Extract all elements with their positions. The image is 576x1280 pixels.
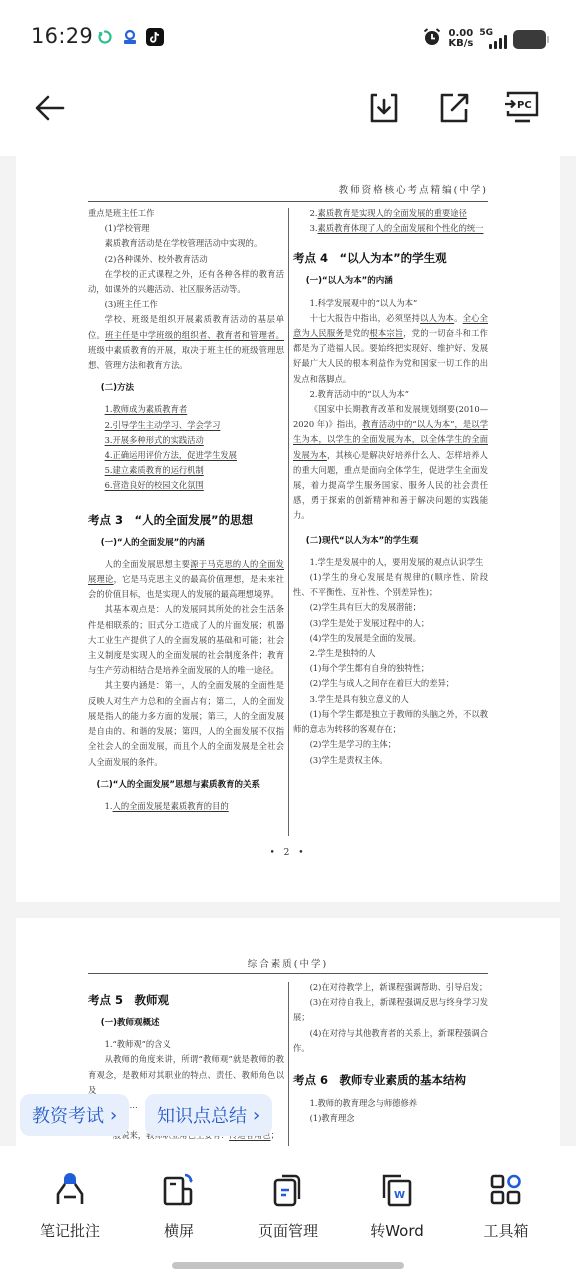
paragraph: (1)学校管理	[88, 221, 284, 236]
column-divider	[288, 982, 289, 1146]
paragraph: 在学校的正式课程之外，还有各种各样的教育活动，如课外的兴趣活动、社区服务活动等。	[88, 267, 284, 297]
paragraph: 《国家中长期教育改革和发展规划纲要(2010—2020 年)》指出，教育活动中的…	[293, 402, 488, 524]
download-button[interactable]	[366, 90, 402, 126]
paragraph: (2)学生与成人之间存在着巨大的差异；	[293, 676, 488, 691]
paragraph: 1.学生是发展中的人，要用发展的观点认识学生	[293, 555, 488, 570]
page-number: • 2 •	[16, 848, 560, 858]
svg-text:PC: PC	[517, 100, 532, 111]
running-head: 综合素质(中学)	[88, 956, 488, 970]
network-type: 5G	[479, 28, 493, 38]
paragraph: (2)各种课外、校外教育活动	[88, 252, 284, 267]
status-time: 16:29	[31, 24, 93, 48]
send-to-pc-icon: PC	[504, 91, 540, 125]
chip-teacher-exam[interactable]: 教资考试 ›	[20, 1094, 129, 1136]
paragraph: 其基本观点是：人的发展同其所处的社会生活条件是相联系的；旧式分工造成了人的片面发…	[88, 602, 284, 678]
chevron-right-icon: ›	[253, 1105, 260, 1126]
topic-heading: 考点 3 “人的全面发展”的思想	[88, 512, 284, 528]
paragraph: 重点是班主任工作	[88, 206, 284, 221]
page-manage-icon	[271, 1173, 305, 1207]
convert-word-icon: W	[380, 1173, 414, 1207]
toolbox-icon	[489, 1173, 523, 1207]
list-item: 6.营造良好的校园文化氛围	[88, 478, 284, 493]
share-export-icon	[438, 92, 470, 124]
paragraph: (1)每个学生都是独立于教师的头脑之外，不以教师的意志为转移的客观存在；	[293, 707, 488, 737]
paragraph: 1.科学发展观中的“以人为本”	[293, 296, 488, 311]
section-heading: (二)现代“以人为本”的学生观	[306, 534, 488, 549]
paragraph: (3)在对待自我上，新课程强调反思与终身学习发展；	[293, 995, 488, 1025]
paragraph: 十七大报告中指出，必须坚持以人为本。全心全意为人民服务是党的根本宗旨，党的一切奋…	[293, 311, 488, 387]
section-heading: (一)“以人为本”的内涵	[306, 274, 488, 289]
list-item: 2.素质教育是实现人的全面发展的重要途径	[293, 206, 488, 221]
list-item: 5.建立素质教育的运行机制	[88, 463, 284, 478]
bottom-toolbar: 笔记批注 横屏 页面管理 W 转Word 工具箱	[0, 1146, 576, 1280]
paragraph: (3)班主任工作	[88, 297, 284, 312]
list-item: 3.素质教育体现了人的全面发展和个性化的统一	[293, 221, 488, 236]
status-bar: 16:29 0.00 KB/s 5G	[0, 0, 576, 76]
paragraph: (2)学生具有巨大的发展潜能；	[293, 600, 488, 615]
topic-heading: 考点 5 教师观	[88, 992, 284, 1008]
paragraph: 2.学生是独特的人	[293, 646, 488, 661]
network-speed: 0.00 KB/s	[448, 29, 473, 49]
notification-icons	[96, 28, 164, 46]
rotate-landscape-icon	[162, 1173, 196, 1207]
paragraph: (3)学生是处于发展过程中的人；	[293, 616, 488, 631]
right-column: (2)在对待教学上，新课程强调帮助、引导启发； (3)在对待自我上，新课程强调反…	[293, 980, 488, 1126]
column-divider	[288, 208, 289, 836]
paragraph: (2)学生是学习的主体；	[293, 737, 488, 752]
header-rule	[88, 201, 488, 202]
paragraph: (4)学生的发展是全面的发展。	[293, 631, 488, 646]
paragraph: (1)学生的身心发展是有规律的(顺序性、阶段性、不平衡性、互补性、个别差异性)；	[293, 570, 488, 600]
convert-word-button[interactable]: W 转Word	[347, 1170, 447, 1241]
right-column: 2.素质教育是实现人的全面发展的重要途径 3.素质教育体现了人的全面发展和个性化…	[293, 206, 488, 768]
paragraph: 从教师的角度来讲，所谓“教师观”就是教师的教育观念，是教师对其职业的特点、责任、…	[88, 1052, 284, 1098]
paragraph: (3)学生是责权主体。	[293, 753, 488, 768]
list-item: 2.引导学生主动学习、学会学习	[88, 418, 284, 433]
arrow-left-icon	[34, 94, 66, 122]
section-heading: (二)“人的全面发展”思想与素质教育的关系	[97, 778, 285, 793]
header-rule	[88, 973, 488, 974]
annotate-button[interactable]: 笔记批注	[20, 1170, 120, 1241]
document-page: 教师资格核心考点精编(中学) 重点是班主任工作 (1)学校管理 素质教育活动是在…	[16, 156, 560, 902]
list-item: 1.教师成为素质教育者	[88, 402, 284, 417]
paragraph: 3.学生是具有独立意义的人	[293, 692, 488, 707]
toolbox-button[interactable]: 工具箱	[456, 1170, 556, 1241]
back-button[interactable]	[32, 90, 68, 126]
paragraph: (4)在对待与其他教育者的关系上，新课程强调合作。	[293, 1026, 488, 1056]
paragraph: (1)每个学生都有自身的独特性；	[293, 661, 488, 676]
left-column: 重点是班主任工作 (1)学校管理 素质教育活动是在学校管理活动中实现的。 (2)…	[88, 206, 284, 814]
chevron-right-icon: ›	[110, 1105, 117, 1126]
paragraph: (2)在对待教学上，新课程强调帮助、引导启发；	[293, 980, 488, 995]
list-item: 3.开展多种形式的实践活动	[88, 433, 284, 448]
list-item: 4.正确运用评价方法，促进学生发展	[88, 448, 284, 463]
home-indicator[interactable]	[172, 1262, 404, 1269]
paragraph: 人的全面发展思想主要源于马克思的人的全面发展理论，它是马克思主义的最高价值理想，…	[88, 557, 284, 603]
paragraph: 其主要内涵是：第一，人的全面发展的全面性是反映人对生产力总和的全面占有；第二，人…	[88, 678, 284, 769]
list-item: 1.人的全面发展是素质教育的目的	[88, 799, 284, 814]
section-heading: (一)教师观概述	[101, 1016, 284, 1031]
topic-heading: 考点 6 教师专业素质的基本结构	[293, 1072, 488, 1088]
blue-app-icon	[121, 28, 139, 46]
tiktok-icon	[146, 28, 164, 46]
sync-app-icon	[96, 28, 114, 46]
download-icon	[368, 92, 400, 124]
paragraph: (1)教育理念	[293, 1111, 488, 1126]
section-heading: (二)方法	[101, 381, 284, 396]
paragraph: 2.教育活动中的“以人为本”	[293, 387, 488, 402]
share-button[interactable]	[436, 90, 472, 126]
send-to-pc-button[interactable]: PC	[504, 90, 540, 126]
document-toolbar: PC	[0, 76, 576, 156]
document-viewer[interactable]: 教师资格核心考点精编(中学) 重点是班主任工作 (1)学校管理 素质教育活动是在…	[0, 156, 576, 1146]
battery-icon	[513, 30, 546, 49]
page-manage-button[interactable]: 页面管理	[238, 1170, 338, 1241]
alarm-icon	[422, 27, 442, 51]
paragraph: 素质教育活动是在学校管理活动中实现的。	[88, 236, 284, 251]
running-head: 教师资格核心考点精编(中学)	[88, 182, 488, 196]
paragraph: 1.“教师观”的含义	[88, 1037, 284, 1052]
chip-knowledge-summary[interactable]: 知识点总结 ›	[145, 1094, 272, 1136]
paragraph: 1.教师的教育理念与师德修养	[293, 1096, 488, 1111]
section-heading: (一)“人的全面发展”的内涵	[101, 536, 284, 551]
topic-heading: 考点 4 “以人为本”的学生观	[293, 250, 488, 266]
highlighter-icon	[53, 1173, 87, 1207]
status-indicators: 0.00 KB/s 5G	[422, 27, 546, 51]
paragraph: 学校、班级是组织开展素质教育活动的基层单位。班主任是中学班级的组织者、教育者和管…	[88, 312, 284, 373]
landscape-button[interactable]: 横屏	[129, 1170, 229, 1241]
svg-text:W: W	[394, 1190, 405, 1201]
